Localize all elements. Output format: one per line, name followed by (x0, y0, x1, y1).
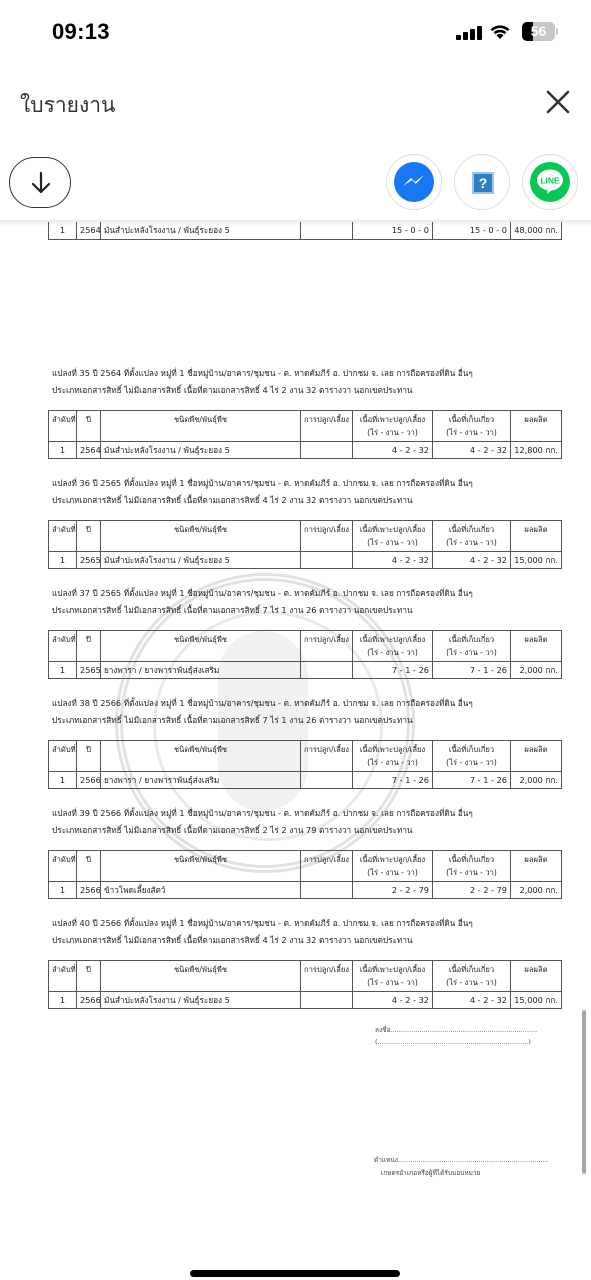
table-header-row: ลำดับที่ปีชนิดพืช/พันธุ์พืชการปลูก/เลี้ย… (49, 631, 562, 647)
close-icon[interactable] (542, 86, 574, 118)
header-planted-area: เนื้อที่เพาะปลูก/เลี้ยง (353, 961, 433, 977)
plot-description: แปลงที่ 35 ปี 2564 ที่ตั้งแปลง หมู่ที่ 1… (52, 365, 473, 382)
header-yield: ผลผลิต (511, 961, 562, 992)
share-messenger-button[interactable] (386, 154, 442, 210)
header-crop: ชนิดพืช/พันธุ์พืช (101, 961, 301, 992)
crop-table: ลำดับที่ปีชนิดพืช/พันธุ์พืชการปลูก/เลี้ย… (48, 630, 562, 679)
status-time: 09:13 (52, 19, 110, 45)
cell-no: 1 (49, 662, 77, 679)
cell-method (301, 882, 353, 899)
header-harvested-area: เนื้อที่เก็บเกี่ยว (433, 741, 511, 757)
crop-table: ลำดับที่ปีชนิดพืช/พันธุ์พืชการปลูก/เลี้ย… (48, 850, 562, 899)
cell-year: 2565 (77, 662, 101, 679)
battery-level: 56 (522, 22, 555, 41)
header-area-unit: (ไร่ - งาน - วา) (353, 427, 433, 442)
header-area-unit: (ไร่ - งาน - วา) (433, 757, 511, 772)
cell-yield: 15,000 กก. (511, 992, 562, 1009)
line-icon: LINE (530, 162, 570, 202)
plot-document-info: ประเภทเอกสารสิทธิ์ ไม่มีเอกสารสิทธิ์ เนื… (52, 492, 413, 509)
header-area-unit: (ไร่ - งาน - วา) (433, 977, 511, 992)
cell-method (301, 552, 353, 569)
share-unknown-app-button[interactable]: ? (454, 154, 510, 210)
header-planted-area: เนื้อที่เพาะปลูก/เลี้ยง (353, 631, 433, 647)
header-harvested-area: เนื้อที่เก็บเกี่ยว (433, 521, 511, 537)
header-no: ลำดับที่ (49, 961, 77, 992)
header-crop: ชนิดพืช/พันธุ์พืช (101, 851, 301, 882)
table-row: 12564มันสำปะหลังโรงงาน / พันธุ์ระยอง 54 … (49, 442, 562, 459)
arrow-down-icon (28, 170, 54, 196)
header-crop: ชนิดพืช/พันธุ์พืช (101, 411, 301, 442)
plot-description: แปลงที่ 39 ปี 2566 ที่ตั้งแปลง หมู่ที่ 1… (52, 805, 473, 822)
cellular-signal-icon (456, 26, 482, 40)
table-header-row: ลำดับที่ปีชนิดพืช/พันธุ์พืชการปลูก/เลี้ย… (49, 851, 562, 867)
header-harvested-area: เนื้อที่เก็บเกี่ยว (433, 961, 511, 977)
header-area-unit: (ไร่ - งาน - วา) (353, 757, 433, 772)
cell-yield: 15,000 กก. (511, 552, 562, 569)
header-planted-area: เนื้อที่เพาะปลูก/เลี้ยง (353, 521, 433, 537)
header-year: ปี (77, 741, 101, 772)
cell-year: 2566 (77, 772, 101, 789)
name-line: (.......................................… (375, 1038, 531, 1046)
cell-harvested-area: 7 - 1 - 26 (433, 772, 511, 789)
header-method: การปลูก/เลี้ยง (301, 851, 353, 882)
header-planted-area: เนื้อที่เพาะปลูก/เลี้ยง (353, 411, 433, 427)
header-yield: ผลผลิต (511, 851, 562, 882)
cell-harvested-area: 4 - 2 - 32 (433, 442, 511, 459)
header-method: การปลูก/เลี้ยง (301, 411, 353, 442)
cell-crop: มันสำปะหลังโรงงาน / พันธุ์ระยอง 5 (101, 992, 301, 1009)
share-line-button[interactable]: LINE (522, 154, 578, 210)
cell-planted-area: 7 - 1 - 26 (353, 772, 433, 789)
plot-document-info: ประเภทเอกสารสิทธิ์ ไม่มีเอกสารสิทธิ์ เนื… (52, 382, 413, 399)
cell-method (301, 442, 353, 459)
cell-yield: 2,000 กก. (511, 662, 562, 679)
report-document[interactable]: 1 2564 มันสำปะหลังโรงงาน / พันธุ์ระยอง 5… (0, 221, 591, 1221)
table-header-row: ลำดับที่ปีชนิดพืช/พันธุ์พืชการปลูก/เลี้ย… (49, 521, 562, 537)
header-yield: ผลผลิต (511, 631, 562, 662)
cell-crop: มันสำปะหลังโรงงาน / พันธุ์ระยอง 5 (101, 442, 301, 459)
home-indicator[interactable] (190, 1270, 400, 1277)
table-header-row: ลำดับที่ปีชนิดพืช/พันธุ์พืชการปลูก/เลี้ย… (49, 411, 562, 427)
header-no: ลำดับที่ (49, 631, 77, 662)
cell-no: 1 (49, 992, 77, 1009)
scrollbar[interactable] (582, 1010, 586, 1174)
cell-no: 1 (49, 882, 77, 899)
cell-year: 2565 (77, 552, 101, 569)
header-method: การปลูก/เลี้ยง (301, 631, 353, 662)
cell-method (301, 992, 353, 1009)
header-harvested-area: เนื้อที่เก็บเกี่ยว (433, 631, 511, 647)
question-mark-icon: ? (472, 172, 494, 194)
table-row: 12566ข้าวโพดเลี้ยงสัตว์2 - 2 - 792 - 2 -… (49, 882, 562, 899)
cell-planted-area: 4 - 2 - 32 (353, 442, 433, 459)
position-line: ตำแหน่ง.................................… (374, 1155, 549, 1165)
cell-crop: ข้าวโพดเลี้ยงสัตว์ (101, 882, 301, 899)
cell-crop: ยางพารา / ยางพาราพันธุ์ส่งเสริม (101, 772, 301, 789)
header-year: ปี (77, 521, 101, 552)
signature-line: ลงชื่อ..................................… (375, 1025, 537, 1035)
cell-planted-area: 7 - 1 - 26 (353, 662, 433, 679)
table-row: 12566มันสำปะหลังโรงงาน / พันธุ์ระยอง 54 … (49, 992, 562, 1009)
table-row: 12565มันสำปะหลังโรงงาน / พันธุ์ระยอง 54 … (49, 552, 562, 569)
header-no: ลำดับที่ (49, 521, 77, 552)
cell-method (301, 772, 353, 789)
header-method: การปลูก/เลี้ยง (301, 961, 353, 992)
header-area-unit: (ไร่ - งาน - วา) (433, 647, 511, 662)
cell-yield: 12,800 กก. (511, 442, 562, 459)
cell-yield: 2,000 กก. (511, 772, 562, 789)
wifi-icon (489, 22, 511, 40)
cell-crop: มันสำปะหลังโรงงาน / พันธุ์ระยอง 5 (101, 552, 301, 569)
crop-table-partial: 1 2564 มันสำปะหลังโรงงาน / พันธุ์ระยอง 5… (48, 222, 562, 240)
header-year: ปี (77, 631, 101, 662)
header-year: ปี (77, 851, 101, 882)
cell-year: 2564 (77, 442, 101, 459)
plot-description: แปลงที่ 36 ปี 2565 ที่ตั้งแปลง หมู่ที่ 1… (52, 475, 473, 492)
header-area-unit: (ไร่ - งาน - วา) (433, 867, 511, 882)
cell-no: 1 (49, 552, 77, 569)
page-title: ใบรายงาน (20, 89, 115, 122)
cell-no: 1 (49, 442, 77, 459)
plot-document-info: ประเภทเอกสารสิทธิ์ ไม่มีเอกสารสิทธิ์ เนื… (52, 602, 413, 619)
table-header-row: ลำดับที่ปีชนิดพืช/พันธุ์พืชการปลูก/เลี้ย… (49, 741, 562, 757)
header-method: การปลูก/เลี้ยง (301, 741, 353, 772)
header-no: ลำดับที่ (49, 851, 77, 882)
plot-document-info: ประเภทเอกสารสิทธิ์ ไม่มีเอกสารสิทธิ์ เนื… (52, 712, 413, 729)
cell-no: 1 (49, 772, 77, 789)
header-area-unit: (ไร่ - งาน - วา) (353, 537, 433, 552)
plot-description: แปลงที่ 37 ปี 2565 ที่ตั้งแปลง หมู่ที่ 1… (52, 585, 473, 602)
header-area-unit: (ไร่ - งาน - วา) (353, 867, 433, 882)
header-area-unit: (ไร่ - งาน - วา) (433, 537, 511, 552)
cell-year: 2566 (77, 882, 101, 899)
cell-method (301, 662, 353, 679)
plot-description: แปลงที่ 38 ปี 2566 ที่ตั้งแปลง หมู่ที่ 1… (52, 695, 473, 712)
cell-planted-area: 4 - 2 - 32 (353, 992, 433, 1009)
header-harvested-area: เนื้อที่เก็บเกี่ยว (433, 851, 511, 867)
position-caption: เกษตรอำเภอหรือผู้ที่ได้รับมอบหมาย (381, 1168, 480, 1178)
cell-crop: ยางพารา / ยางพาราพันธุ์ส่งเสริม (101, 662, 301, 679)
status-bar: 09:13 56 (0, 0, 591, 64)
header-planted-area: เนื้อที่เพาะปลูก/เลี้ยง (353, 851, 433, 867)
download-button[interactable] (9, 157, 71, 208)
table-row: 12565ยางพารา / ยางพาราพันธุ์ส่งเสริม7 - … (49, 662, 562, 679)
header-area-unit: (ไร่ - งาน - วา) (353, 647, 433, 662)
cell-harvested-area: 4 - 2 - 32 (433, 552, 511, 569)
table-row: 1 2564 มันสำปะหลังโรงงาน / พันธุ์ระยอง 5… (49, 222, 562, 239)
svg-text:LINE: LINE (540, 176, 560, 186)
cell-harvested-area: 2 - 2 - 79 (433, 882, 511, 899)
header-crop: ชนิดพืช/พันธุ์พืช (101, 741, 301, 772)
cell-year: 2566 (77, 992, 101, 1009)
header-area-unit: (ไร่ - งาน - วา) (353, 977, 433, 992)
plot-document-info: ประเภทเอกสารสิทธิ์ ไม่มีเอกสารสิทธิ์ เนื… (52, 822, 413, 839)
cell-planted-area: 2 - 2 - 79 (353, 882, 433, 899)
cell-harvested-area: 7 - 1 - 26 (433, 662, 511, 679)
header-yield: ผลผลิต (511, 411, 562, 442)
cell-yield: 2,000 กก. (511, 882, 562, 899)
header-no: ลำดับที่ (49, 411, 77, 442)
header-harvested-area: เนื้อที่เก็บเกี่ยว (433, 411, 511, 427)
crop-table: ลำดับที่ปีชนิดพืช/พันธุ์พืชการปลูก/เลี้ย… (48, 740, 562, 789)
header-crop: ชนิดพืช/พันธุ์พืช (101, 631, 301, 662)
plot-document-info: ประเภทเอกสารสิทธิ์ ไม่มีเอกสารสิทธิ์ เนื… (52, 932, 413, 949)
crop-table: ลำดับที่ปีชนิดพืช/พันธุ์พืชการปลูก/เลี้ย… (48, 520, 562, 569)
header-no: ลำดับที่ (49, 741, 77, 772)
plot-description: แปลงที่ 40 ปี 2566 ที่ตั้งแปลง หมู่ที่ 1… (52, 915, 473, 932)
cell-planted-area: 4 - 2 - 32 (353, 552, 433, 569)
header-method: การปลูก/เลี้ยง (301, 521, 353, 552)
cell-harvested-area: 4 - 2 - 32 (433, 992, 511, 1009)
header-year: ปี (77, 961, 101, 992)
crop-table: ลำดับที่ปีชนิดพืช/พันธุ์พืชการปลูก/เลี้ย… (48, 410, 562, 459)
battery-icon: 56 (522, 22, 558, 41)
header-planted-area: เนื้อที่เพาะปลูก/เลี้ยง (353, 741, 433, 757)
table-header-row: ลำดับที่ปีชนิดพืช/พันธุ์พืชการปลูก/เลี้ย… (49, 961, 562, 977)
header-crop: ชนิดพืช/พันธุ์พืช (101, 521, 301, 552)
table-row: 12566ยางพารา / ยางพาราพันธุ์ส่งเสริม7 - … (49, 772, 562, 789)
header-yield: ผลผลิต (511, 741, 562, 772)
messenger-icon (394, 162, 434, 202)
header-area-unit: (ไร่ - งาน - วา) (433, 427, 511, 442)
crop-table: ลำดับที่ปีชนิดพืช/พันธุ์พืชการปลูก/เลี้ย… (48, 960, 562, 1009)
header-year: ปี (77, 411, 101, 442)
header-yield: ผลผลิต (511, 521, 562, 552)
